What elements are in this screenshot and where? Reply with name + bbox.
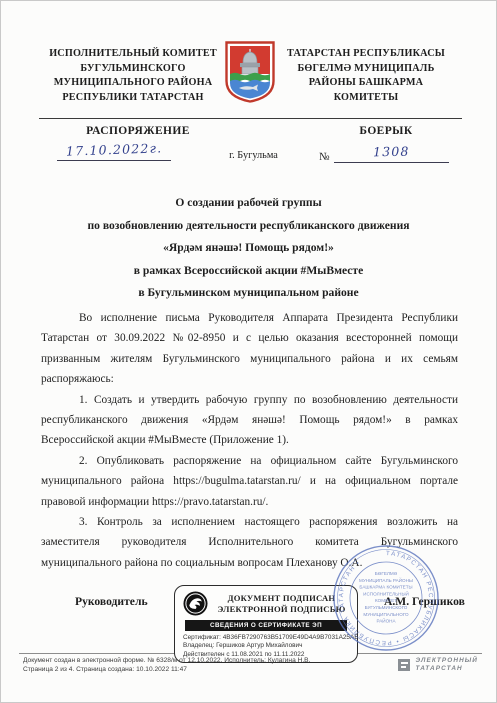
esig-certificate-number: Сертификат: 4B36FB7290763B51709E49D4A9B7… (183, 634, 349, 643)
scanned-document-page: ИСПОЛНИТЕЛЬНЫЙ КОМИТЕТ БУГУЛЬМИНСКОГО МУ… (0, 0, 497, 703)
org-name-tatar: ТАТАРСТАН РЕСПУБЛИКАСЫ БӨГЕЛМӘ МУНИЦИПАЛ… (276, 41, 456, 105)
esig-header: ДОКУМЕНТ ПОДПИСАН ЭЛЕКТРОННОЙ ПОДПИСЬЮ (183, 591, 349, 616)
footer-info: Документ создан в электронной форме. № 6… (23, 657, 353, 675)
esig-title: ДОКУМЕНТ ПОДПИСАН ЭЛЕКТРОННОЙ ПОДПИСЬЮ (214, 593, 349, 614)
handwritten-number: 1308 (373, 144, 410, 160)
handwritten-date: 17.10.2022г. (66, 140, 163, 158)
electronic-signature-box: ДОКУМЕНТ ПОДПИСАН ЭЛЕКТРОННОЙ ПОДПИСЬЮ С… (174, 585, 358, 663)
title-line: в рамках Всероссийской акции #МыВместе (56, 260, 441, 283)
doc-type-russian: РАСПОРЯЖЕНИЕ (63, 125, 213, 137)
electronic-tatarstan-logo: ЭЛЕКТРОННЫЙ ТАТАРСТАН (397, 657, 478, 672)
stamp-inner-line: БАШКАРМА КОМИТЕТЫ (359, 585, 412, 590)
esig-title-line2: ЭЛЕКТРОННОЙ ПОДПИСЬЮ (214, 604, 349, 615)
signer-position: Руководитель (75, 595, 148, 608)
esig-title-line1: ДОКУМЕНТ ПОДПИСАН (214, 593, 349, 604)
esig-owner: Владелец: Гершиков Артур Михайлович (183, 642, 349, 651)
org-name-russian: ИСПОЛНИТЕЛЬНЫЙ КОМИТЕТ БУГУЛЬМИНСКОГО МУ… (43, 41, 223, 105)
number-line: 1308 (334, 143, 450, 163)
date-field: 17.10.2022г. (57, 141, 171, 161)
city-label: г. Бугульма (206, 150, 301, 161)
stamp-inner-line: МУНИЦИПАЛЬ РАЙОНЫ (359, 576, 413, 583)
paragraph-item-2: 2. Опубликовать распоряжение на официаль… (41, 451, 458, 512)
esig-certificate-bar: СВЕДЕНИЯ О СЕРТИФИКАТЕ ЭП (185, 620, 347, 631)
electronic-tatarstan-icon (397, 658, 411, 672)
tatarstan-emblem-icon (183, 591, 208, 616)
doc-type-tatar: БОЕРЫК (331, 125, 441, 137)
footer-line1: Документ создан в электронной форме. № 6… (23, 657, 353, 666)
number-field: № 1308 (319, 143, 449, 163)
title-line: «Ярдәм янәшә! Помощь рядом!» (56, 237, 441, 260)
document-header: ИСПОЛНИТЕЛЬНЫЙ КОМИТЕТ БУГУЛЬМИНСКОГО МУ… (43, 41, 456, 105)
title-line: О создании рабочей группы (56, 192, 441, 215)
signer-name: А.М. Гершиков (384, 595, 465, 608)
bugulma-coat-of-arms-icon (225, 41, 275, 103)
header-divider (39, 118, 462, 119)
number-sign: № (319, 151, 334, 163)
footer-line2: Страница 2 из 4. Страница создана: 10.10… (23, 666, 353, 675)
paragraph-item-3: 3. Контроль за исполнением настоящего ра… (41, 512, 458, 573)
document-body: Во исполнение письма Руководителя Аппара… (41, 308, 458, 573)
title-line: в Бугульминском муниципальном районе (56, 282, 441, 305)
stamp-inner-line: МУНИЦИПАЛЬНОГО (363, 612, 409, 617)
paragraph-item-1: 1. Создать и утвердить рабочую группу по… (41, 390, 458, 451)
document-title: О создании рабочей группы по возобновлен… (56, 192, 441, 305)
title-line: по возобновлению деятельности республика… (56, 215, 441, 238)
paragraph-preamble: Во исполнение письма Руководителя Аппара… (41, 308, 458, 390)
stamp-inner-line: РАЙОНА (376, 617, 396, 624)
electronic-tatarstan-label: ЭЛЕКТРОННЫЙ ТАТАРСТАН (415, 657, 478, 672)
